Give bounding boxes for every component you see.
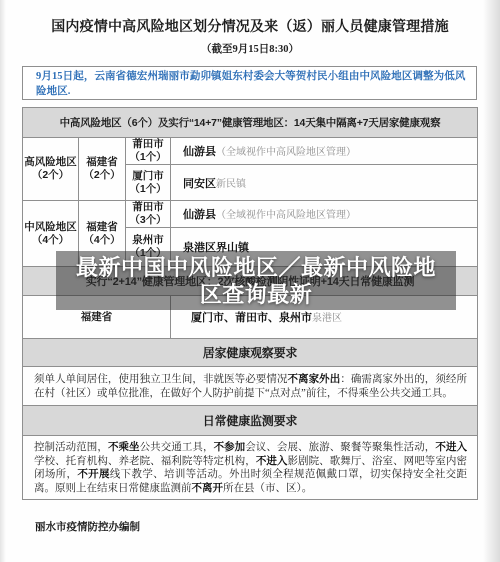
- watermark-caption-overlay: 最新中国中风险地区／最新中风险地 区查询最新: [56, 251, 456, 310]
- page-subtitle: （截至9月15日8:30）: [0, 41, 500, 56]
- risk-level-label: 中风险地区: [24, 221, 77, 233]
- risk-adjustment-notice: 9月15日起，云南省德宏州瑞丽市勐卯镇姐东村委会大等贺村民小组由中风险地区调整为…: [22, 66, 477, 100]
- province-label: 福建省: [86, 156, 118, 168]
- cell-city-putian-3: 莆田市 （3个）: [126, 201, 171, 228]
- cell-city-xiamen: 厦门市 （1个）: [126, 165, 171, 201]
- risk-level-label: 高风险地区: [24, 156, 77, 168]
- section-header-14-7: 中高风险地区（6个）及实行“14+7”健康管理地区：14天集中隔离+7天居家健康…: [23, 108, 478, 138]
- city-count: （3个）: [126, 214, 170, 227]
- province-label: 福建省: [86, 221, 118, 233]
- city-count: （1个）: [126, 183, 170, 196]
- city-label: 厦门市: [132, 170, 164, 182]
- cell-risk-level-high: 高风险地区 （2个）: [23, 138, 79, 201]
- left-edge-shade: [0, 0, 6, 562]
- city-label: 泉州市: [132, 234, 164, 246]
- cell-areas-xianyou-high: 仙游县（全域视作中高风险地区管理）: [171, 138, 478, 165]
- city-label: 莆田市: [132, 201, 164, 213]
- notice-document: 国内疫情中高风险地区划分情况及来（返）丽人员健康管理措施 （截至9月15日8:3…: [0, 0, 500, 562]
- risk-adjustment-notice-text: 9月15日起，云南省德宏州瑞丽市勐卯镇姐东村委会大等贺村民小组由中风险地区调整为…: [36, 68, 476, 98]
- watermark-caption-line1: 最新中国中风险地区／最新中风险地: [76, 254, 436, 281]
- cell-areas-tongan: 同安区新民镇: [171, 165, 478, 201]
- compiler-footer: 丽水市疫情防控办编制: [35, 519, 140, 534]
- cell-city-putian-1: 莆田市 （1个）: [126, 138, 171, 165]
- city-label: 莆田市: [132, 138, 164, 150]
- daily-monitoring-text: 控制活动范围，不乘坐公共交通工具，不参加会议、会展、旅游、聚餐等聚集性活动，不进…: [23, 436, 478, 500]
- section-header-daily-monitoring: 日常健康监测要求: [23, 406, 478, 436]
- cell-areas-xianyou-medium: 仙游县（全域视作中高风险地区管理）: [171, 201, 478, 228]
- province-count: （2个）: [79, 169, 125, 182]
- city-count: （1个）: [126, 151, 170, 164]
- page-title: 国内疫情中高风险地区划分情况及来（返）丽人员健康管理措施: [0, 16, 500, 36]
- cell-province-high: 福建省 （2个）: [79, 138, 126, 201]
- section-header-home-observation: 居家健康观察要求: [23, 339, 478, 367]
- right-edge-shade: [483, 0, 500, 562]
- risk-level-count: （2个）: [23, 169, 78, 182]
- home-observation-text: 须单人单间居住，使用独立卫生间，非就医等必要情况不离家外出：确需离家外出的，须经…: [23, 367, 478, 406]
- province-count: （4个）: [79, 234, 125, 247]
- watermark-caption-line2: 区查询最新: [200, 281, 313, 308]
- risk-level-count: （4个）: [23, 234, 78, 247]
